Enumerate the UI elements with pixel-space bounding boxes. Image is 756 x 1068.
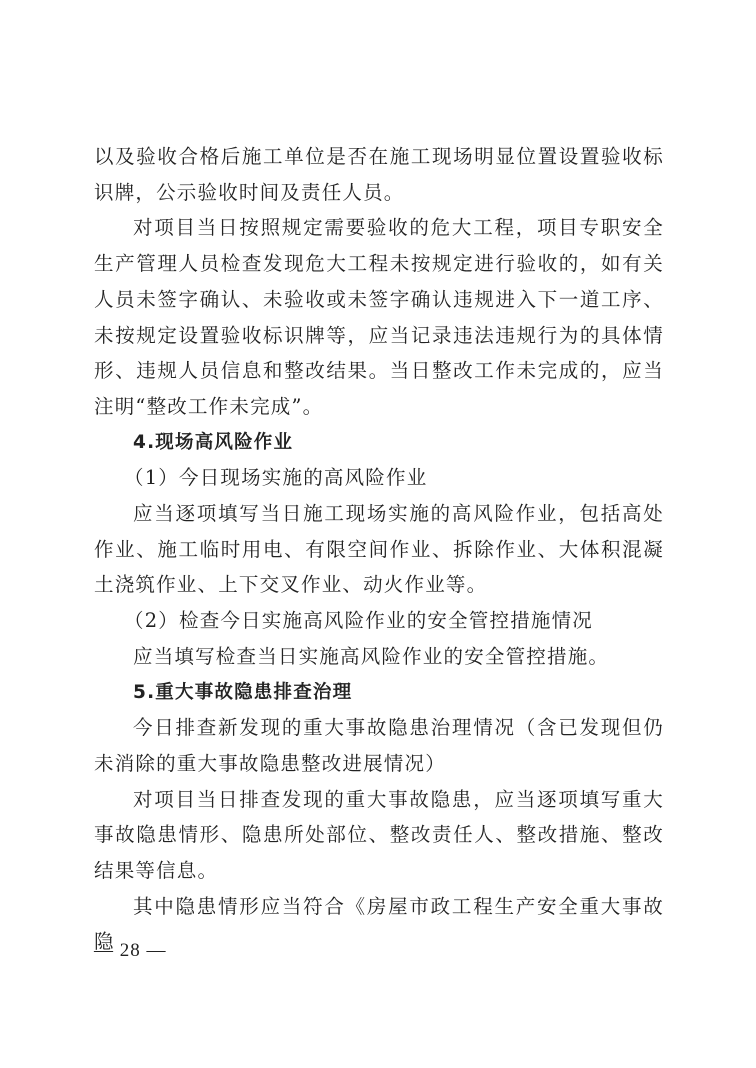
section-heading-high-risk-operations: 4.现场高风险作业 bbox=[94, 425, 664, 461]
page-number: — 28 — bbox=[94, 940, 167, 962]
document-page: 以及验收合格后施工单位是否在施工现场明显位置设置验收标识牌，公示验收时间及责任人… bbox=[0, 0, 756, 1068]
paragraph-continuation: 以及验收合格后施工单位是否在施工现场明显位置设置验收标识牌，公示验收时间及责任人… bbox=[94, 139, 664, 210]
paragraph-high-risk-list: 应当逐项填写当日施工现场实施的高风险作业，包括高处作业、施工临时用电、有限空间作… bbox=[94, 496, 664, 603]
paragraph-hazard-details: 对项目当日排查发现的重大事故隐患，应当逐项填写重大事故隐患情形、隐患所处部位、整… bbox=[94, 782, 664, 889]
subheading-safety-control-measures: （2）检查今日实施高风险作业的安全管控措施情况 bbox=[94, 603, 664, 639]
document-body: 以及验收合格后施工单位是否在施工现场明显位置设置验收标识牌，公示验收时间及责任人… bbox=[94, 139, 664, 960]
paragraph-hazard-criteria: 其中隐患情形应当符合《房屋市政工程生产安全重大事故隐 bbox=[94, 889, 664, 960]
paragraph-new-hazards: 今日排查新发现的重大事故隐患治理情况（含已发现但仍未消除的重大事故隐患整改进展情… bbox=[94, 710, 664, 781]
paragraph-acceptance-inspection: 对项目当日按照规定需要验收的危大工程，项目专职安全生产管理人员检查发现危大工程未… bbox=[94, 210, 664, 424]
paragraph-safety-control-fill: 应当填写检查当日实施高风险作业的安全管控措施。 bbox=[94, 639, 664, 675]
subheading-today-high-risk-operations: （1）今日现场实施的高风险作业 bbox=[94, 460, 664, 496]
section-heading-major-hazards: 5.重大事故隐患排查治理 bbox=[94, 675, 664, 711]
